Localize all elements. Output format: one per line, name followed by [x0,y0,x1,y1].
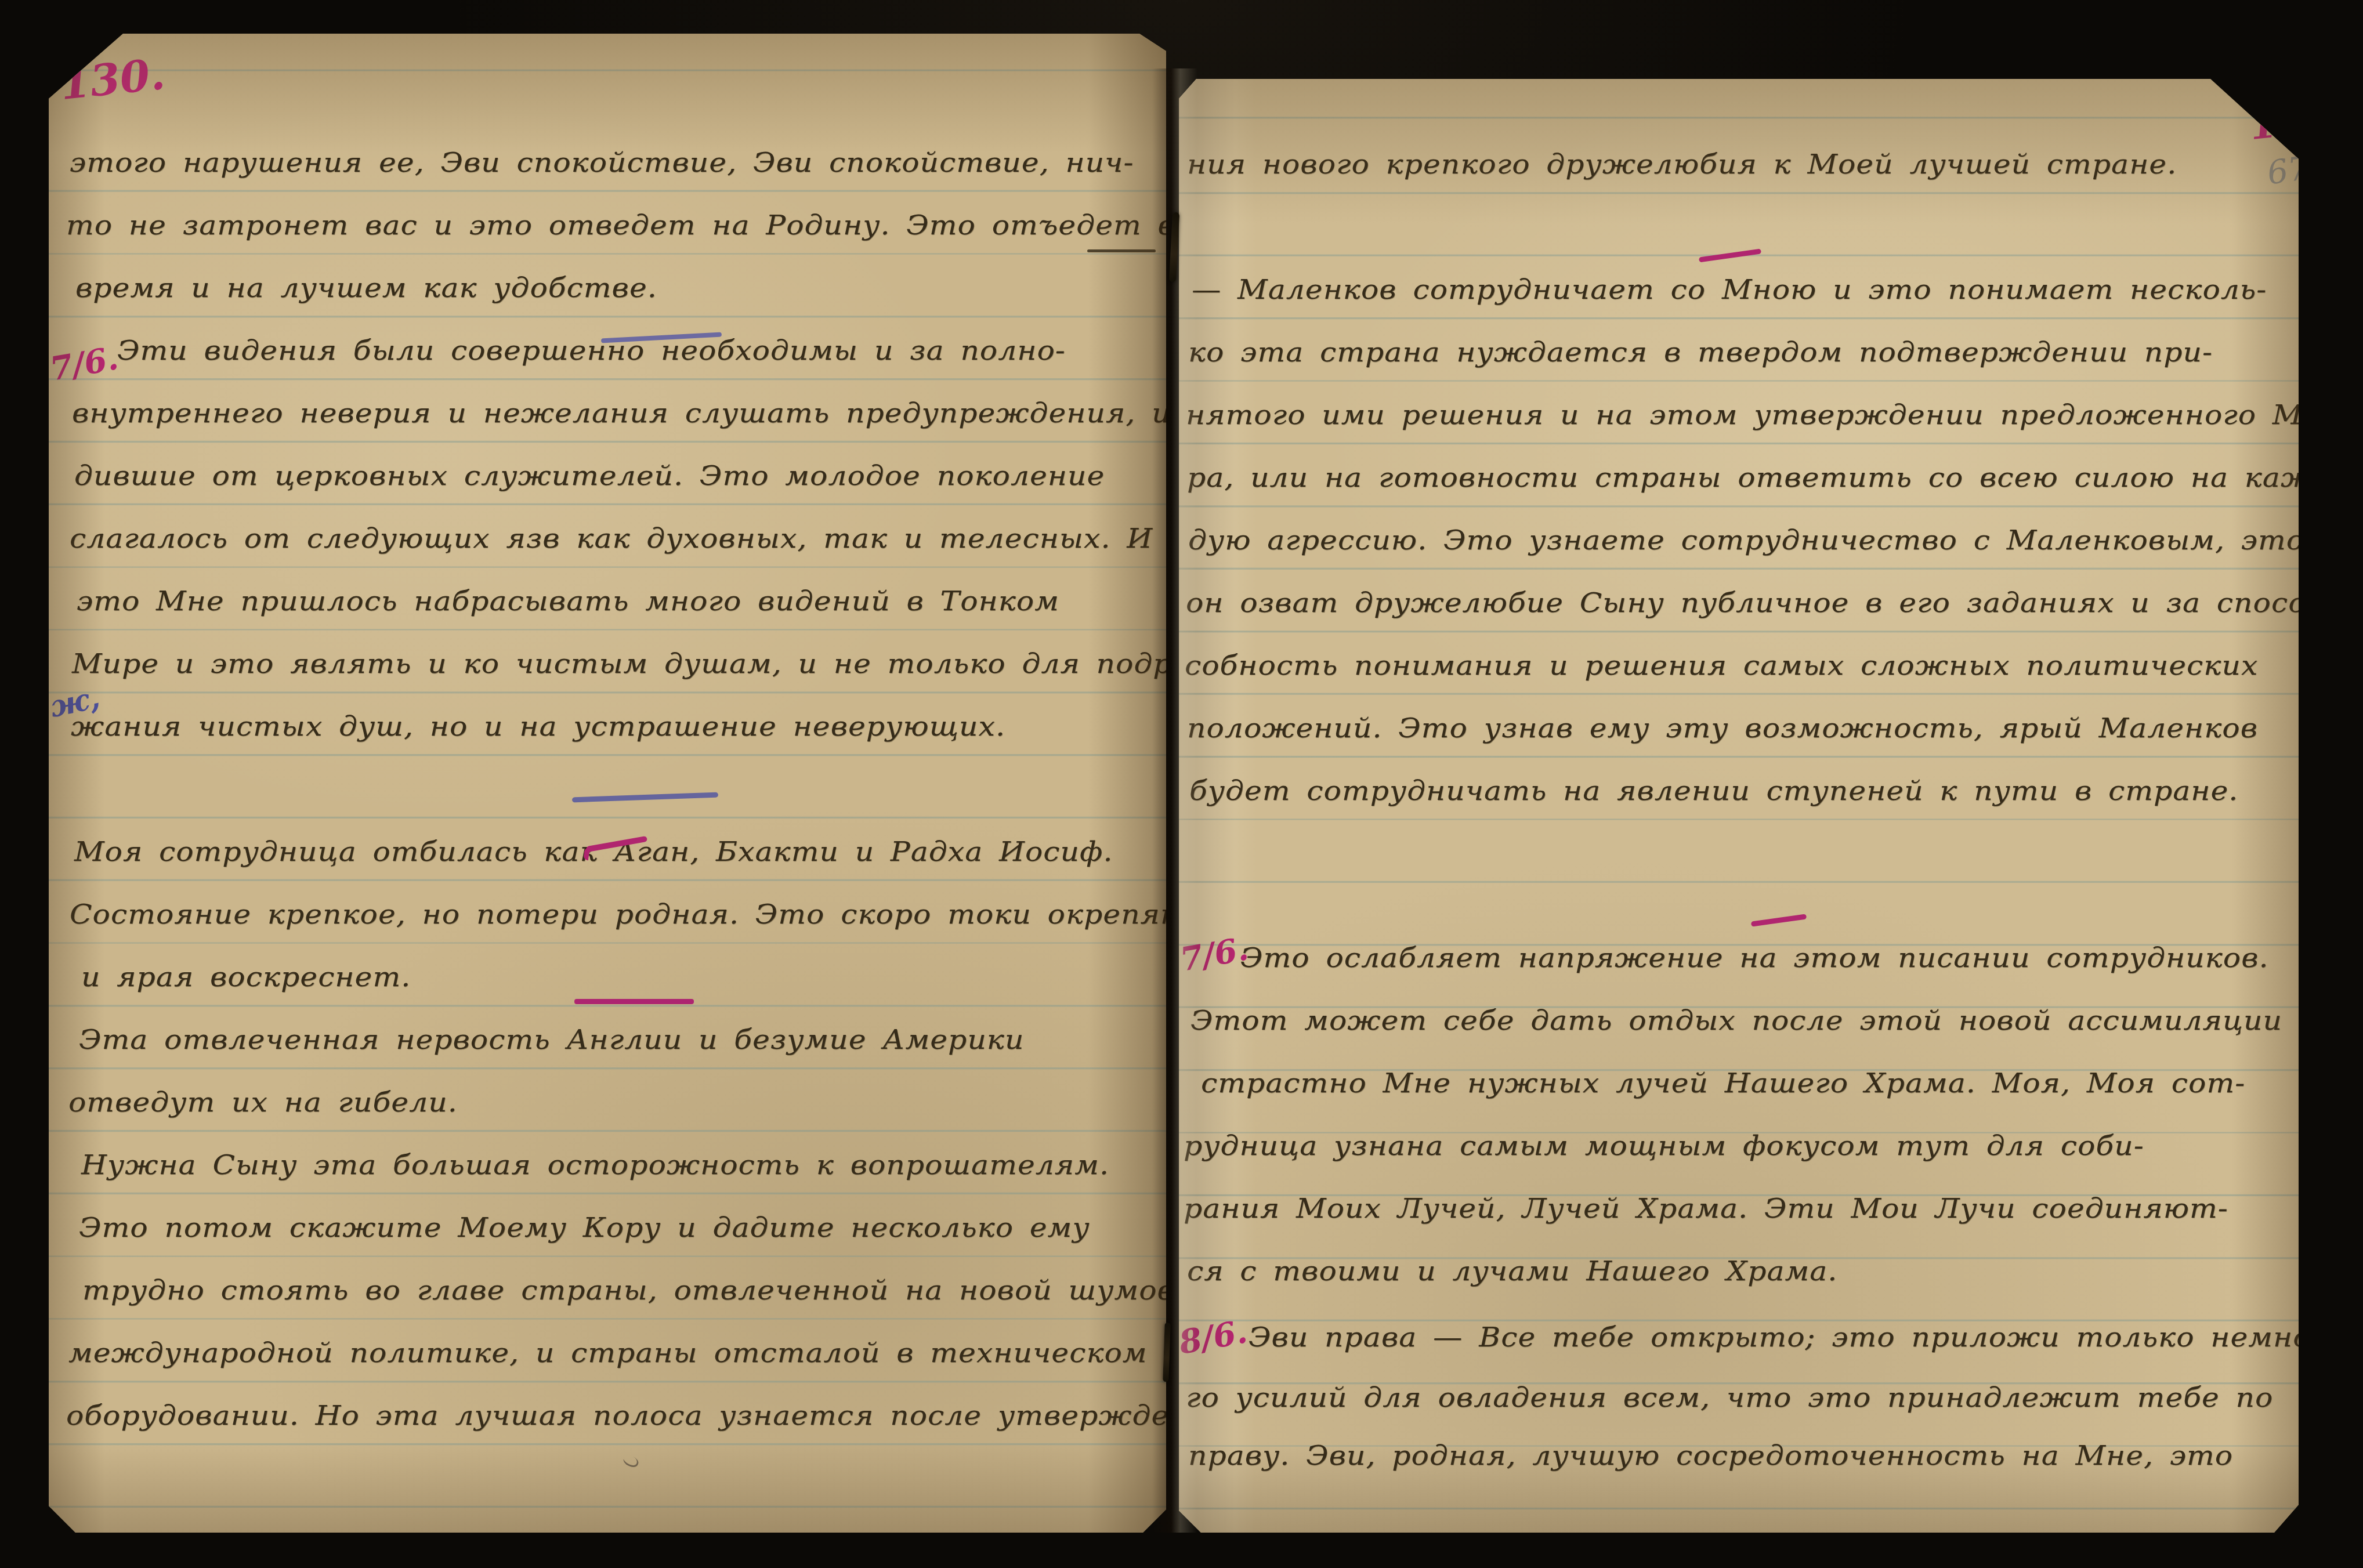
left-page-content: 130. этого нарушения ее, Эви спокойствие… [49,34,1166,1533]
handwritten-line: праву. Эви, родная, лучшую сосредоточенн… [1188,1440,2233,1472]
handwritten-line: Эта отвлеченная нервость Англии и безуми… [79,1024,1024,1056]
handwritten-line: Это ослабляет напряжение на этом писании… [1240,942,2269,974]
handwritten-line: страстно Мне нужных лучей Нашего Храма. … [1201,1067,2245,1099]
binding-stitch-top [1169,212,1179,282]
underline-magenta [574,999,694,1004]
page-number-right: 131, [2248,94,2299,149]
handwritten-line: это Мне пришлось набрасывать много виден… [77,585,1059,617]
dash-magenta [1699,249,1761,263]
handwritten-line: он озват дружелюбие Сыну публичное в его… [1186,587,2299,619]
handwritten-line: жания чистых душ, но и на устрашение нев… [71,711,1005,743]
handwritten-line: то не затронет вас и это отведет на Роди… [66,209,1166,241]
handwritten-line: ся с твоими и лучами Нашего Храма. [1187,1255,1837,1287]
handwritten-line: трудно стоять во главе страны, отвлеченн… [82,1274,1166,1306]
handwritten-line: Эти видения были совершенно необходимы и… [117,335,1066,367]
dash-magenta [1751,914,1807,926]
pencil-archive-number: 67 [2265,149,2299,192]
right-page: 131, 67 ния нового крепкого дружелюбия к… [1179,79,2299,1533]
handwritten-line: Эви права — Все тебе открыто; это прилож… [1249,1321,2299,1353]
binding-stitch-bottom [1163,1323,1171,1382]
handwritten-line: дую агрессию. Это узнаете сотрудничество… [1188,524,2299,556]
handwritten-line: Это потом скажите Моему Кору и дадите не… [79,1212,1090,1244]
left-page: 130. этого нарушения ее, Эви спокойствие… [49,34,1166,1533]
handwritten-line: Состояние крепкое, но потери родная. Это… [70,899,1166,930]
page-number-left: 130. [58,49,167,110]
handwritten-line: этого нарушения ее, Эви спокойствие, Эви… [70,147,1134,179]
margin-label-86: 8/6. [1179,1312,1250,1361]
handwritten-line: собность понимания и решения самых сложн… [1185,650,2258,682]
doodle-ink [622,1453,640,1469]
handwritten-line: нятого ими решения и на этом утверждении… [1186,399,2299,431]
margin-label-76: 7/6. [49,339,121,388]
handwritten-line: отведут их на гибели. [68,1087,458,1118]
handwritten-line: международной политике, и страны отстало… [68,1337,1148,1369]
handwritten-line: рудница узнана самым мощным фокусом тут … [1184,1130,2144,1162]
handwritten-line: слагалось от следующих язв как духовных,… [70,523,1153,555]
handwritten-line: го усилий для овладения всем, что это пр… [1186,1382,2273,1414]
handwritten-line: ко эта страна нуждается в твердом подтве… [1188,336,2213,368]
handwritten-line: и ярая воскреснет. [81,961,411,993]
underline-ink [1087,249,1156,252]
underline-blue [572,792,718,803]
handwritten-line: — Маленков сотрудничает со Мною и это по… [1192,274,2267,306]
right-page-content: 131, 67 ния нового крепкого дружелюбия к… [1179,79,2299,1533]
handwritten-line: будет сотрудничать на явлении ступеней к… [1189,775,2238,807]
handwritten-line: рания Моих Лучей, Лучей Храма. Эти Мои Л… [1184,1193,2228,1225]
handwritten-line: внутреннего неверия и нежелания слушать … [72,397,1166,429]
handwritten-line: оборудовании. Но эта лучшая полоса узнае… [66,1400,1166,1432]
handwritten-line: Мире и это являть и ко чистым душам, и н… [72,648,1166,680]
handwritten-line: ра, или на готовности страны ответить со… [1187,462,2299,494]
handwritten-line: время и на лучшем как удобстве. [75,272,657,304]
handwritten-line: Этот может себе дать отдых после этой но… [1190,1005,2282,1037]
handwritten-line: Нужна Сыну эта большая осторожность к во… [81,1149,1109,1181]
handwritten-line: положений. Это узнав ему эту возможность… [1187,712,2258,744]
handwritten-line: ния нового крепкого дружелюбия к Моей лу… [1187,149,2177,180]
scanned-notebook-spread: 130. этого нарушения ее, Эви спокойствие… [0,0,2363,1568]
handwritten-line: дившие от церковных служителей. Это моло… [74,460,1105,492]
